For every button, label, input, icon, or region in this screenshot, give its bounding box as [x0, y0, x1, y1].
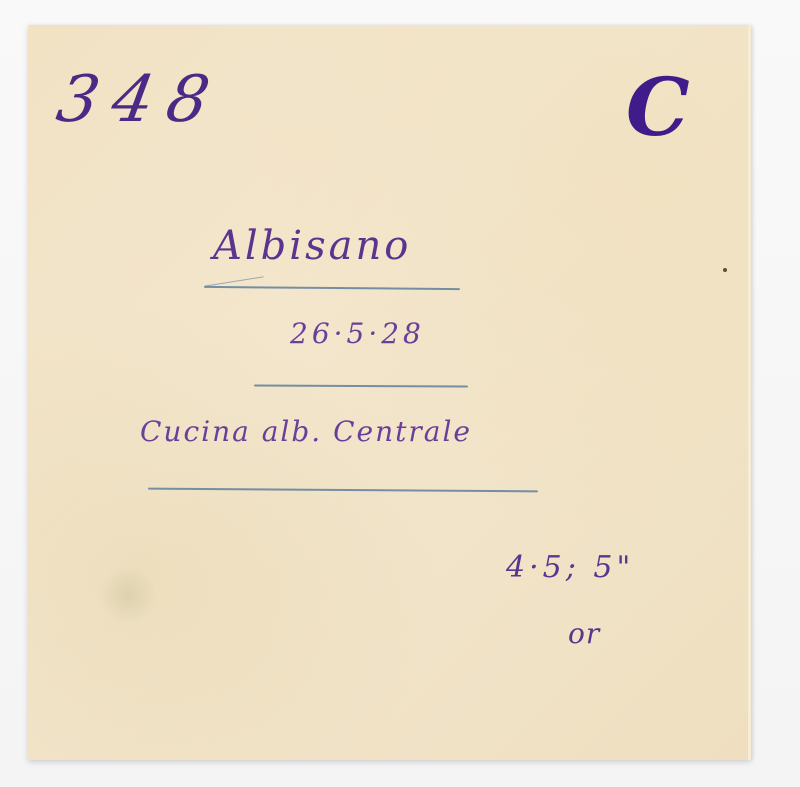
paper-stain [98, 565, 158, 625]
series-letter: C [626, 60, 691, 154]
paper-speck [723, 268, 727, 272]
archive-card: 348 C Albisano 26·5·28 Cucina alb. Centr… [28, 25, 751, 760]
code-note: or [568, 617, 600, 650]
place-name: Albisano [213, 223, 411, 269]
location-underline [148, 488, 538, 493]
scan-background: 348 C Albisano 26·5·28 Cucina alb. Centr… [0, 0, 800, 787]
date: 26·5·28 [290, 317, 425, 350]
location-note: Cucina alb. Centrale [140, 415, 472, 448]
exposure-note: 4·5; 5" [506, 550, 634, 585]
place-underline [204, 286, 460, 290]
catalog-number: 348 [51, 63, 228, 137]
date-underline [254, 384, 468, 387]
